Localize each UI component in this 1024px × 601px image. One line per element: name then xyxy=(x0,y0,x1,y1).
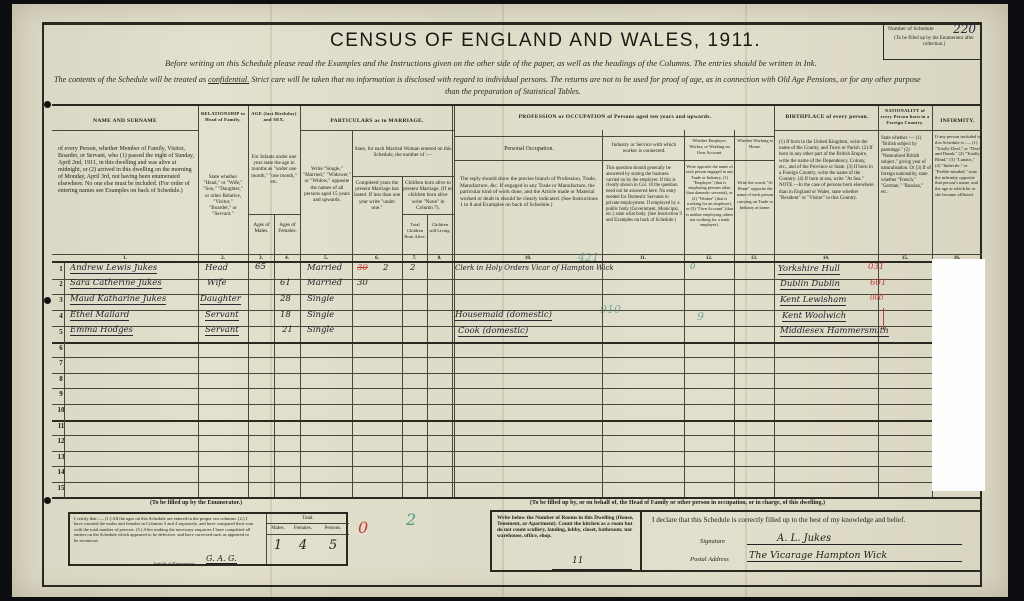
col-number: 13. xyxy=(734,256,774,261)
col-number: 6. xyxy=(352,256,402,261)
confidential-notice: The contents of the Schedule will be tre… xyxy=(54,75,921,84)
person-condition: Single xyxy=(307,294,334,304)
confidential-text-2: Strict care will be taken that no inform… xyxy=(249,75,920,84)
col-nationality-instructions: State whether :— (1) "British subject by… xyxy=(881,136,931,196)
rooms-instructions: Write below the Number of Rooms in this … xyxy=(497,515,633,539)
col-children-heading: Children born alive to present Marriage.… xyxy=(403,180,453,211)
col-number: 3. xyxy=(248,256,274,261)
person-condition: Single xyxy=(307,325,334,335)
red-annotation: 0 xyxy=(358,518,368,537)
confidential-word: confidential. xyxy=(208,75,249,84)
row-number: 8 xyxy=(56,375,66,383)
person-relationship: Servant xyxy=(205,310,239,321)
person-name: Sara Catherine Jukes xyxy=(70,278,162,289)
punch-hole xyxy=(44,297,51,304)
person-occupation: Cook (domestic) xyxy=(458,326,528,337)
col-number: 1. xyxy=(52,256,198,261)
row-number: 4 xyxy=(56,312,66,320)
page-title: CENSUS OF ENGLAND AND WALES, 1911. xyxy=(330,30,761,52)
punch-hole xyxy=(44,497,51,504)
rooms-box: Write below the Number of Rooms in this … xyxy=(490,510,642,572)
totals-area: Total. Males. Females. Persons. 1 4 5 xyxy=(266,514,348,564)
col-employer: Whether Employer, Worker, or Working on … xyxy=(685,138,734,157)
col-relationship-instructions: State whether "Head," or "Wife," "Son," … xyxy=(202,174,244,217)
person-birthplace: Middlesex Hammersmith xyxy=(780,326,889,337)
person-age-female: 21 xyxy=(282,325,293,335)
person-age-male: 65 xyxy=(255,262,266,272)
enumerator-initials: G. A. G. xyxy=(206,554,237,564)
person-children-total: 2 xyxy=(383,263,388,273)
totals-females-label: Females. xyxy=(289,526,317,531)
col-marriage-heading: PARTICULARS as to MARRIAGE. xyxy=(302,118,452,124)
col-birthplace-heading: BIRTHPLACE of every person. xyxy=(776,114,878,120)
person-age-female: 28 xyxy=(280,294,291,304)
col-number: 12. xyxy=(684,256,734,261)
person-relationship: Servant xyxy=(205,325,239,336)
row-number: 5 xyxy=(56,328,66,336)
person-years-married-struck: 30 xyxy=(357,263,368,273)
person-age-female: 18 xyxy=(280,310,291,320)
instructions-line: Before writing on this Schedule please r… xyxy=(165,58,817,68)
col-children-total: Total Children Born Alive. xyxy=(403,222,427,241)
rooms-count: 11 xyxy=(572,558,583,564)
col-name-instructions: of every Person, whether Member of Famil… xyxy=(58,146,194,195)
col-number: 4. xyxy=(274,256,300,261)
person-birthplace: Kent Woolwich xyxy=(782,311,846,322)
person-years-married: 30 xyxy=(357,278,368,288)
person-birthplace-code: 601 xyxy=(870,278,886,288)
col-age-instructions: For Infants under one year state the age… xyxy=(250,154,298,185)
col-married-woman-note: State, for each Married Woman entered on… xyxy=(354,146,452,158)
signature-label: Signature xyxy=(700,538,725,545)
col-occupation-heading: PROFESSION or OCCUPATION of Persons aged… xyxy=(456,114,774,120)
col-infirmity-heading: INFIRMITY. xyxy=(933,118,982,124)
person-condition: Single xyxy=(307,310,334,320)
person-birthplace: Dublin Dublin xyxy=(780,279,840,290)
enumerator-initials-label: Initials of Enumerator xyxy=(154,561,195,566)
infirmity-blank-area xyxy=(932,259,985,491)
person-employer-code: 0 xyxy=(690,262,695,272)
person-condition: Married xyxy=(307,278,342,288)
totals-males-label: Males. xyxy=(267,526,289,531)
col-nationality-heading: NATIONALITY of every Person born in a Fo… xyxy=(879,108,931,127)
row-number: 9 xyxy=(56,390,66,398)
col-number: 15. xyxy=(878,256,932,261)
schedule-number-label: Number of Schedule xyxy=(888,26,934,32)
declaration-text: I declare that this Schedule is correctl… xyxy=(652,516,905,524)
col-age-heading: AGE (last Birthday) and SEX. xyxy=(249,111,299,123)
person-condition: Married xyxy=(307,263,342,273)
col-home: Whether Working at Home. xyxy=(736,138,774,150)
row-number: 1 xyxy=(56,265,66,273)
col-number: 2. xyxy=(198,256,248,261)
col-industry: Industry or Service with which worker is… xyxy=(604,142,684,154)
col-personal-occupation: Personal Occupation. xyxy=(456,146,602,152)
person-children-living: 2 xyxy=(410,263,415,273)
schedule-note: (To be filled up by the Enumerator after… xyxy=(888,36,980,48)
row-number: 3 xyxy=(56,296,66,304)
col-number: 11. xyxy=(602,256,684,261)
col-number: 14. xyxy=(774,256,878,261)
enumerator-section-title: (To be filled up by the Enumerator.) xyxy=(150,500,242,506)
person-relationship: Head xyxy=(205,263,228,273)
col-number: 8. xyxy=(427,256,452,261)
col-age-females: Ages of Females. xyxy=(275,222,300,234)
person-name: Andrew Lewis Jukes xyxy=(70,263,157,274)
totals-persons-label: Persons. xyxy=(317,526,349,531)
col-children-living: Children still Living. xyxy=(428,222,452,234)
person-birthplace: Yorkshire Hull xyxy=(778,264,840,275)
person-name: Maud Katharine Jukes xyxy=(70,294,166,305)
occupation-code-mark: 910 xyxy=(600,303,621,316)
col-age-males: Ages of Males. xyxy=(249,222,274,234)
green-annotation: 2 xyxy=(406,510,416,529)
col-years-married: Completed years the present Marriage has… xyxy=(353,180,401,211)
person-age-female: 61 xyxy=(280,278,291,288)
person-occupation: Clerk in Holy Orders Vicar of Hampton Wi… xyxy=(455,264,614,272)
totals-females: 4 xyxy=(289,538,317,553)
signature: A. L. Jukes xyxy=(747,533,962,545)
col-employer-instructions: Write opposite the name of each person e… xyxy=(685,164,734,228)
schedule-number: 220 xyxy=(953,22,976,36)
col-personal-occupation-instructions: The reply should show the precise branch… xyxy=(460,176,600,209)
person-birthplace: Kent Lewisham xyxy=(780,295,846,306)
row-number: 6 xyxy=(56,344,66,352)
punch-hole xyxy=(44,101,51,108)
totals-label: Total. xyxy=(267,516,349,521)
declaration-box: I declare that this Schedule is correctl… xyxy=(642,510,982,572)
person-relationship: Wife xyxy=(207,278,226,288)
row-number: 11 xyxy=(56,422,66,430)
col-relationship-heading: RELATIONSHIP to Head of Family. xyxy=(200,111,246,123)
col-name-heading: NAME AND SURNAME xyxy=(52,118,198,124)
employer-code-mark: 9 xyxy=(697,310,704,323)
person-name: Emma Hodges xyxy=(70,325,133,336)
col-condition-instructions: Write "Single," "Married," "Widower," or… xyxy=(303,166,351,203)
col-industry-instructions: This question should generally be answer… xyxy=(606,166,682,224)
schedule-number-box: Number of Schedule 220 (To be filled up … xyxy=(883,22,982,60)
col-home-instructions: Write the words "At Home" opposite the n… xyxy=(736,180,774,211)
row-number: 7 xyxy=(56,359,66,367)
postal-address-label: Postal Address xyxy=(690,556,729,563)
totals-persons: 5 xyxy=(317,538,349,553)
person-occupation: Housemaid (domestic) xyxy=(455,310,552,321)
row-number: 10 xyxy=(56,406,66,414)
person-birthplace-code: 031 xyxy=(868,262,884,272)
col-number: 5. xyxy=(300,256,352,261)
row-number: 14 xyxy=(56,468,66,476)
enumerator-certification: I certify that :— (1.) All the ages on t… xyxy=(74,516,254,543)
row-number: 13 xyxy=(56,453,66,461)
col-number: 7. xyxy=(402,256,427,261)
enumerator-box: I certify that :— (1.) All the ages on t… xyxy=(68,512,348,566)
row-number: 12 xyxy=(56,437,66,445)
confidential-text: The contents of the Schedule will be tre… xyxy=(54,75,208,84)
confidential-notice-line2: than the preparation of Statistical Tabl… xyxy=(445,87,581,96)
person-relationship: Daughter xyxy=(200,294,241,305)
person-birthplace-code: 000 xyxy=(870,294,883,302)
row-number: 2 xyxy=(56,280,66,288)
totals-males: 1 xyxy=(267,538,289,553)
row-number: 15 xyxy=(56,484,66,492)
person-name: Ethel Mallard xyxy=(70,310,129,321)
occupation-code-mark: 421 xyxy=(578,251,599,264)
household-section-title: (To be filled up by, or on behalf of, th… xyxy=(530,500,825,506)
col-birthplace-instructions: (1) If born in the United Kingdom, write… xyxy=(779,140,875,202)
col-infirmity-instructions: If any person included in this Schedule … xyxy=(935,134,981,198)
postal-address: The Vicarage Hampton Wick xyxy=(747,550,962,562)
